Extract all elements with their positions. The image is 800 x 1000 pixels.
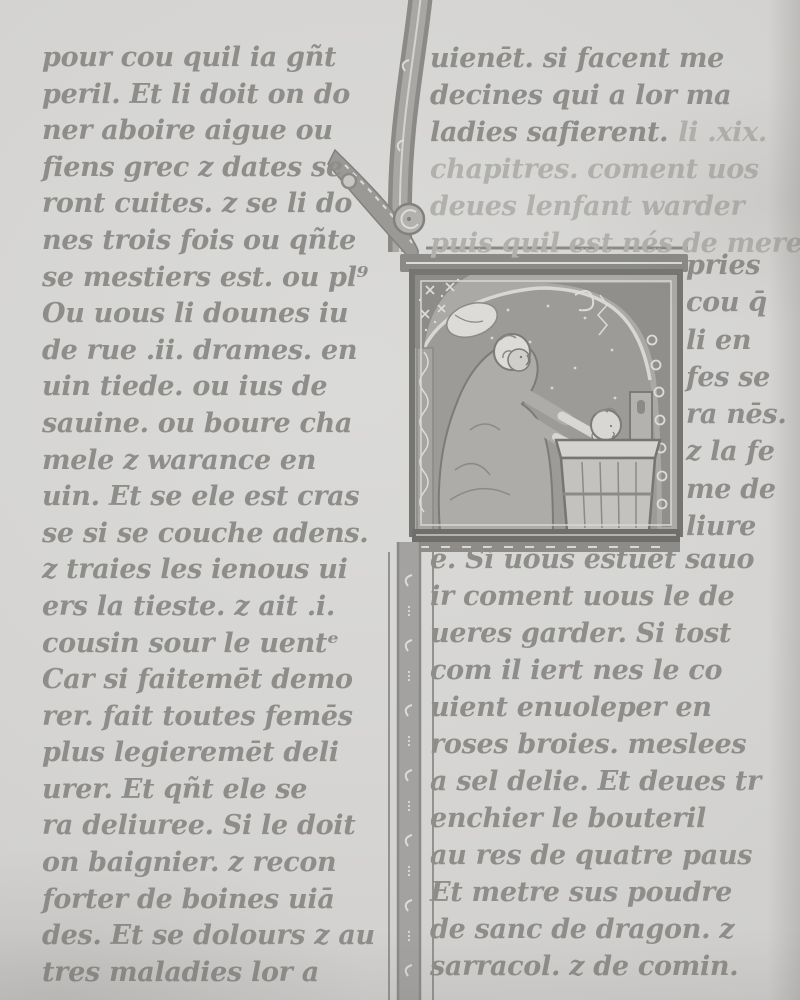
text-line: des. Et se dolours z au — [42, 918, 396, 955]
text-line: enchier le bouteril — [430, 800, 796, 837]
text-line: tres maladies lor a — [42, 955, 396, 992]
text-line: roses broies. meslees — [430, 726, 796, 763]
right-text-column-lower: e. Si uous estuet sauo ir coment uous le… — [430, 541, 796, 985]
rubric-line: deues lenfant warder — [430, 188, 796, 225]
initial-stem-through — [417, 348, 433, 531]
text-line: ront cuites. z se li do — [42, 186, 396, 223]
text-line: ir coment uous le de — [430, 578, 796, 615]
text-line: peril. Et li doit on do — [42, 77, 396, 114]
text-line: Et metre sus poudre — [430, 874, 796, 911]
text-line: decines qui a lor ma — [430, 77, 796, 114]
manuscript-page: { "colors": { "parchment": "#d5d4d2", "i… — [0, 0, 800, 1000]
text-line: ladies safierent.li .xix. — [430, 114, 796, 151]
text-line: Ou uous li dounes iu — [42, 296, 396, 333]
text-line: z traies les ienous ui — [42, 552, 396, 589]
text-line: au res de quatre paus — [430, 837, 796, 874]
text-line: urer. Et qñt ele se — [42, 772, 396, 809]
rubric-line: chapitres. coment uos — [430, 151, 796, 188]
text-line: ueres garder. Si tost — [430, 615, 796, 652]
text-line: ra deliuree. Si le doit — [42, 808, 396, 845]
text-line: pour cou quil ia gñt — [42, 40, 396, 77]
text-line: me de — [686, 471, 798, 508]
text-line: de rue .ii. drames. en — [42, 333, 396, 370]
text-line: cou q̄ — [686, 284, 798, 321]
text-line: uin tiede. ou ius de — [42, 369, 396, 406]
text-line: z la fe — [686, 433, 798, 470]
text-line: on baignier. z recon — [42, 845, 396, 882]
text-line: sauine. ou boure cha — [42, 406, 396, 443]
text-line: ra nēs. — [686, 396, 798, 433]
text-line: se mestiers est. ou pl⁹ — [42, 260, 396, 297]
text-line: se si se couche adens. — [42, 516, 396, 553]
text-line: de sanc de dragon. z — [430, 911, 796, 948]
text-line: ner aboire aigue ou — [42, 113, 396, 150]
nurse-face — [508, 349, 530, 371]
text-line: e. Si uous estuet sauo — [430, 541, 796, 578]
tower — [630, 392, 652, 440]
text-line: sarracol. z de comin. — [430, 948, 796, 985]
right-text-column-beside-miniature: pries cou q̄ li en fes se ra nēs. z la f… — [686, 247, 798, 545]
text-line: a sel delie. Et deues tr — [430, 763, 796, 800]
miniature-bathing-scene — [400, 248, 688, 552]
left-text-column: pour cou quil ia gñt peril. Et li doit o… — [42, 40, 396, 991]
bathing-tub — [556, 440, 660, 531]
text-line: nes trois fois ou qñte — [42, 223, 396, 260]
chapter-number-rubric: li .xix. — [678, 117, 767, 148]
baby-head — [591, 410, 621, 440]
text-line: rer. fait toutes femēs — [42, 699, 396, 736]
text-line: forter de boines uiā — [42, 882, 396, 919]
text-line: ers la tieste. z ait .i. — [42, 589, 396, 626]
right-text-column-upper: uienēt. si facent me decines qui a lor m… — [430, 40, 796, 262]
text-line: uient enuoleper en — [430, 689, 796, 726]
text-line: uienēt. si facent me — [430, 40, 796, 77]
text-line: plus legieremēt deli — [42, 735, 396, 772]
text-line: com il iert nes le co — [430, 652, 796, 689]
text-line: liure — [686, 508, 798, 545]
text-segment: ladies safierent. — [430, 117, 668, 148]
text-line: uin. Et se ele est cras — [42, 479, 396, 516]
text-line: cousin sour le uentᵉ — [42, 626, 396, 663]
text-line: mele z warance en — [42, 443, 396, 480]
text-line: fiens grec z dates se — [42, 150, 396, 187]
text-line: Car si faitemēt demo — [42, 662, 396, 699]
text-line: pries — [686, 247, 798, 284]
text-line: fes se — [686, 359, 798, 396]
text-line: li en — [686, 322, 798, 359]
